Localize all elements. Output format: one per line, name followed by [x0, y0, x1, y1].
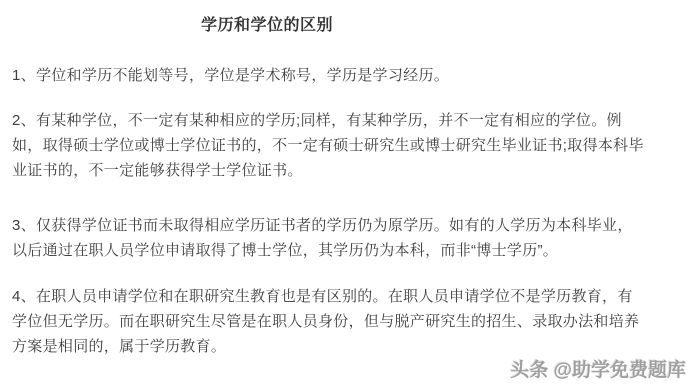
- toutiao-watermark: 头条 @助学免费题库: [510, 355, 686, 382]
- text-line: 1、学位和学历不能划等号，学位是学术称号，学历是学习经历。: [12, 63, 687, 88]
- paragraph-2: 2、有某种学位，不一定有某种相应的学历;同样，有某种学历，并不一定有相应的学位。…: [12, 108, 687, 183]
- paragraph-1: 1、学位和学历不能划等号，学位是学术称号，学历是学习经历。: [12, 63, 687, 88]
- text-line: 以后通过在职人员学位申请取得了博士学位，其学历仍为本科，而非“博士学历”。: [12, 238, 687, 263]
- text-line: 业证书的，不一定能够获得学士学位证书。: [12, 158, 687, 183]
- article-title: 学历和学位的区别: [201, 12, 333, 35]
- text-line: 如，取得硕士学位或博士学位证书的，不一定有硕士研究生或博士研究生毕业证书;取得本…: [12, 133, 687, 158]
- paragraph-4: 4、在职人员申请学位和在职研究生教育也是有区别的。在职人员申请学位不是学历教育，…: [12, 284, 687, 359]
- text-line: 3、仅获得学位证书而未取得相应学历证书者的学历仍为原学历。如有的人学历为本科毕业…: [12, 213, 687, 238]
- text-line: 4、在职人员申请学位和在职研究生教育也是有区别的。在职人员申请学位不是学历教育，…: [12, 284, 687, 309]
- text-line: 学位但无学历。而在职研究生尽管是在职人员身份，但与脱产研究生的招生、录取办法和培…: [12, 309, 687, 334]
- article-body: 1、学位和学历不能划等号，学位是学术称号，学历是学习经历。 2、有某种学位，不一…: [12, 63, 687, 359]
- text-line: 2、有某种学位，不一定有某种相应的学历;同样，有某种学历，并不一定有相应的学位。…: [12, 108, 687, 133]
- article-page: 学历和学位的区别 1、学位和学历不能划等号，学位是学术称号，学历是学习经历。 2…: [0, 0, 693, 386]
- paragraph-3: 3、仅获得学位证书而未取得相应学历证书者的学历仍为原学历。如有的人学历为本科毕业…: [12, 213, 687, 263]
